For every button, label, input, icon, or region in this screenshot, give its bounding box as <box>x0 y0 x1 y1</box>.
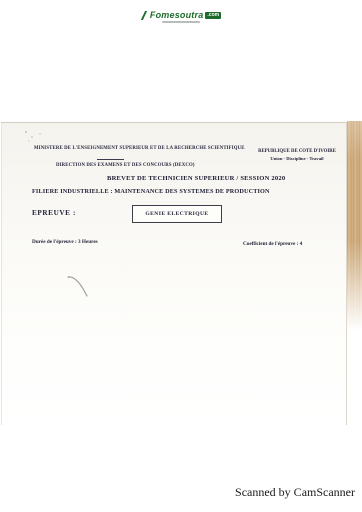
logo-brand-text: Fomesoutra <box>150 10 204 20</box>
logo-tld-badge: .com <box>205 12 221 19</box>
header-underline <box>97 159 124 160</box>
subject-text: GENIE ELECTRIQUE <box>145 211 208 217</box>
direction-line: DIRECTION DES EXAMENS ET DES CONCOURS (D… <box>56 163 195 168</box>
epreuve-label: EPREUVE : <box>32 209 76 217</box>
scanned-document-page: MINISTERE DE L'ENSEIGNEMENT SUPERIEUR ET… <box>1 122 347 425</box>
pen-scribble-mark <box>64 271 98 305</box>
duration-line: Durée de l'épreuve : 3 Heures <box>32 239 98 245</box>
filiere-line: FILIERE INDUSTRIELLE : MAINTENANCE DES S… <box>32 188 270 195</box>
camscanner-watermark: Scanned by CamScanner <box>0 485 355 500</box>
exam-title: BREVET DE TECHNICIEN SUPERIEUR / SESSION… <box>107 175 285 182</box>
scan-wood-edge <box>347 121 362 339</box>
coefficient-line: Coefficient de l'épreuve : 4 <box>243 241 302 247</box>
logo-slash-icon <box>141 11 148 20</box>
motto-line: Union - Discipline - Travail <box>251 156 343 161</box>
site-logo: Fomesoutra .com <box>0 10 362 23</box>
logo-tagline <box>162 21 200 23</box>
ministry-line: MINISTERE DE L'ENSEIGNEMENT SUPERIEUR ET… <box>34 146 245 151</box>
dust-marks <box>23 129 47 145</box>
republic-line: REPUBLIQUE DE COTE D'IVOIRE <box>251 148 343 155</box>
subject-box: GENIE ELECTRIQUE <box>132 205 222 223</box>
site-logo-line: Fomesoutra .com <box>141 10 221 20</box>
